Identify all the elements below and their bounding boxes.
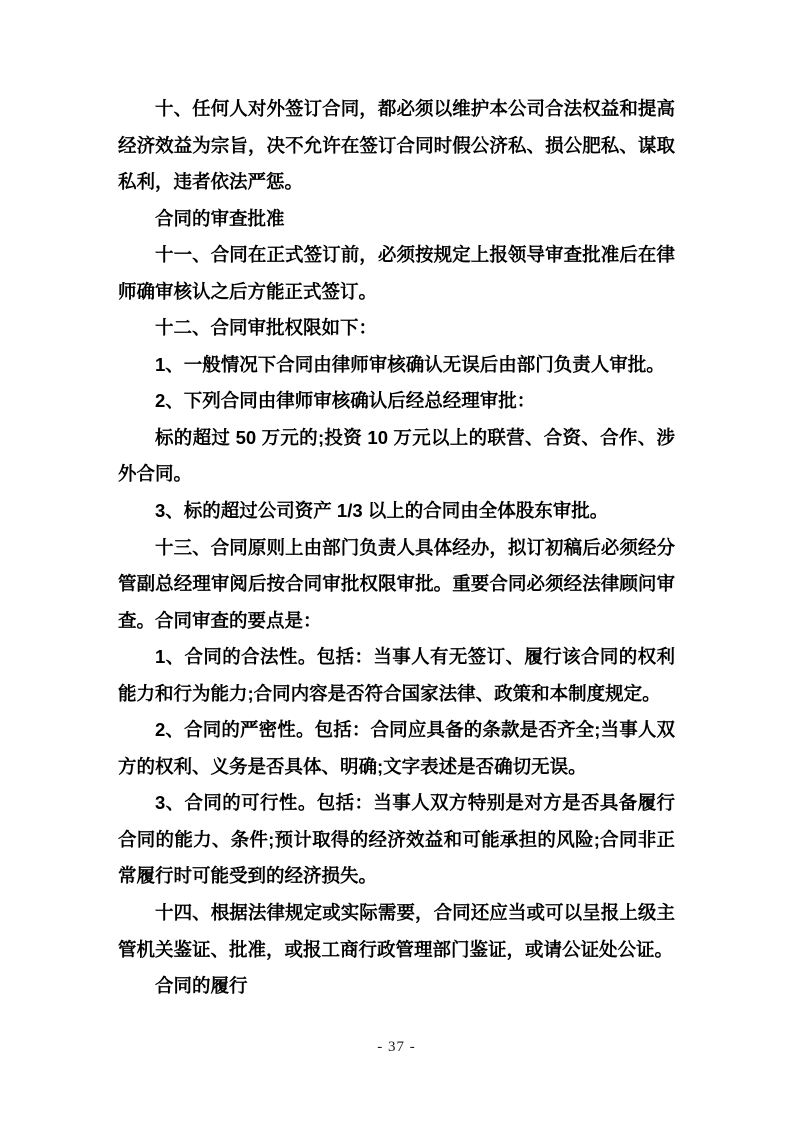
page-footer: - 37 - [0,1038,793,1056]
paragraph: 十、任何人对外签订合同，都必须以维护本公司合法权益和提高经济效益为宗旨，决不允许… [118,91,675,201]
paragraph: 十四、根据法律规定或实际需要，合同还应当或可以呈报上级主管机关鉴证、批准，或报工… [118,895,675,968]
paragraph: 1、合同的合法性。包括：当事人有无签订、履行该合同的权利能力和行为能力;合同内容… [118,639,675,712]
paragraph: 合同的履行 [118,968,675,1005]
paragraph: 十二、合同审批权限如下： [118,310,675,347]
paragraph: 标的超过 50 万元的;投资 10 万元以上的联营、合资、合作、涉外合同。 [118,420,675,493]
paragraph: 2、下列合同由律师审核确认后经总经理审批： [118,383,675,420]
paragraph: 1、一般情况下合同由律师审核确认无误后由部门负责人审批。 [118,347,675,384]
paragraph: 3、标的超过公司资产 1/3 以上的合同由全体股东审批。 [118,493,675,530]
paragraph: 3、合同的可行性。包括：当事人双方特别是对方是否具备履行合同的能力、条件;预计取… [118,785,675,895]
document-page: 十、任何人对外签订合同，都必须以维护本公司合法权益和提高经济效益为宗旨，决不允许… [0,0,793,1122]
paragraph: 十一、合同在正式签订前，必须按规定上报领导审查批准后在律师确审核认之后方能正式签… [118,237,675,310]
paragraph: 合同的审查批准 [118,201,675,238]
paragraph: 十三、合同原则上由部门负责人具体经办，拟订初稿后必须经分管副总经理审阅后按合同审… [118,530,675,640]
page-number: - 37 - [377,1039,416,1055]
paragraph: 2、合同的严密性。包括：合同应具备的条款是否齐全;当事人双方的权利、义务是否具体… [118,712,675,785]
document-body: 十、任何人对外签订合同，都必须以维护本公司合法权益和提高经济效益为宗旨，决不允许… [118,91,675,1005]
